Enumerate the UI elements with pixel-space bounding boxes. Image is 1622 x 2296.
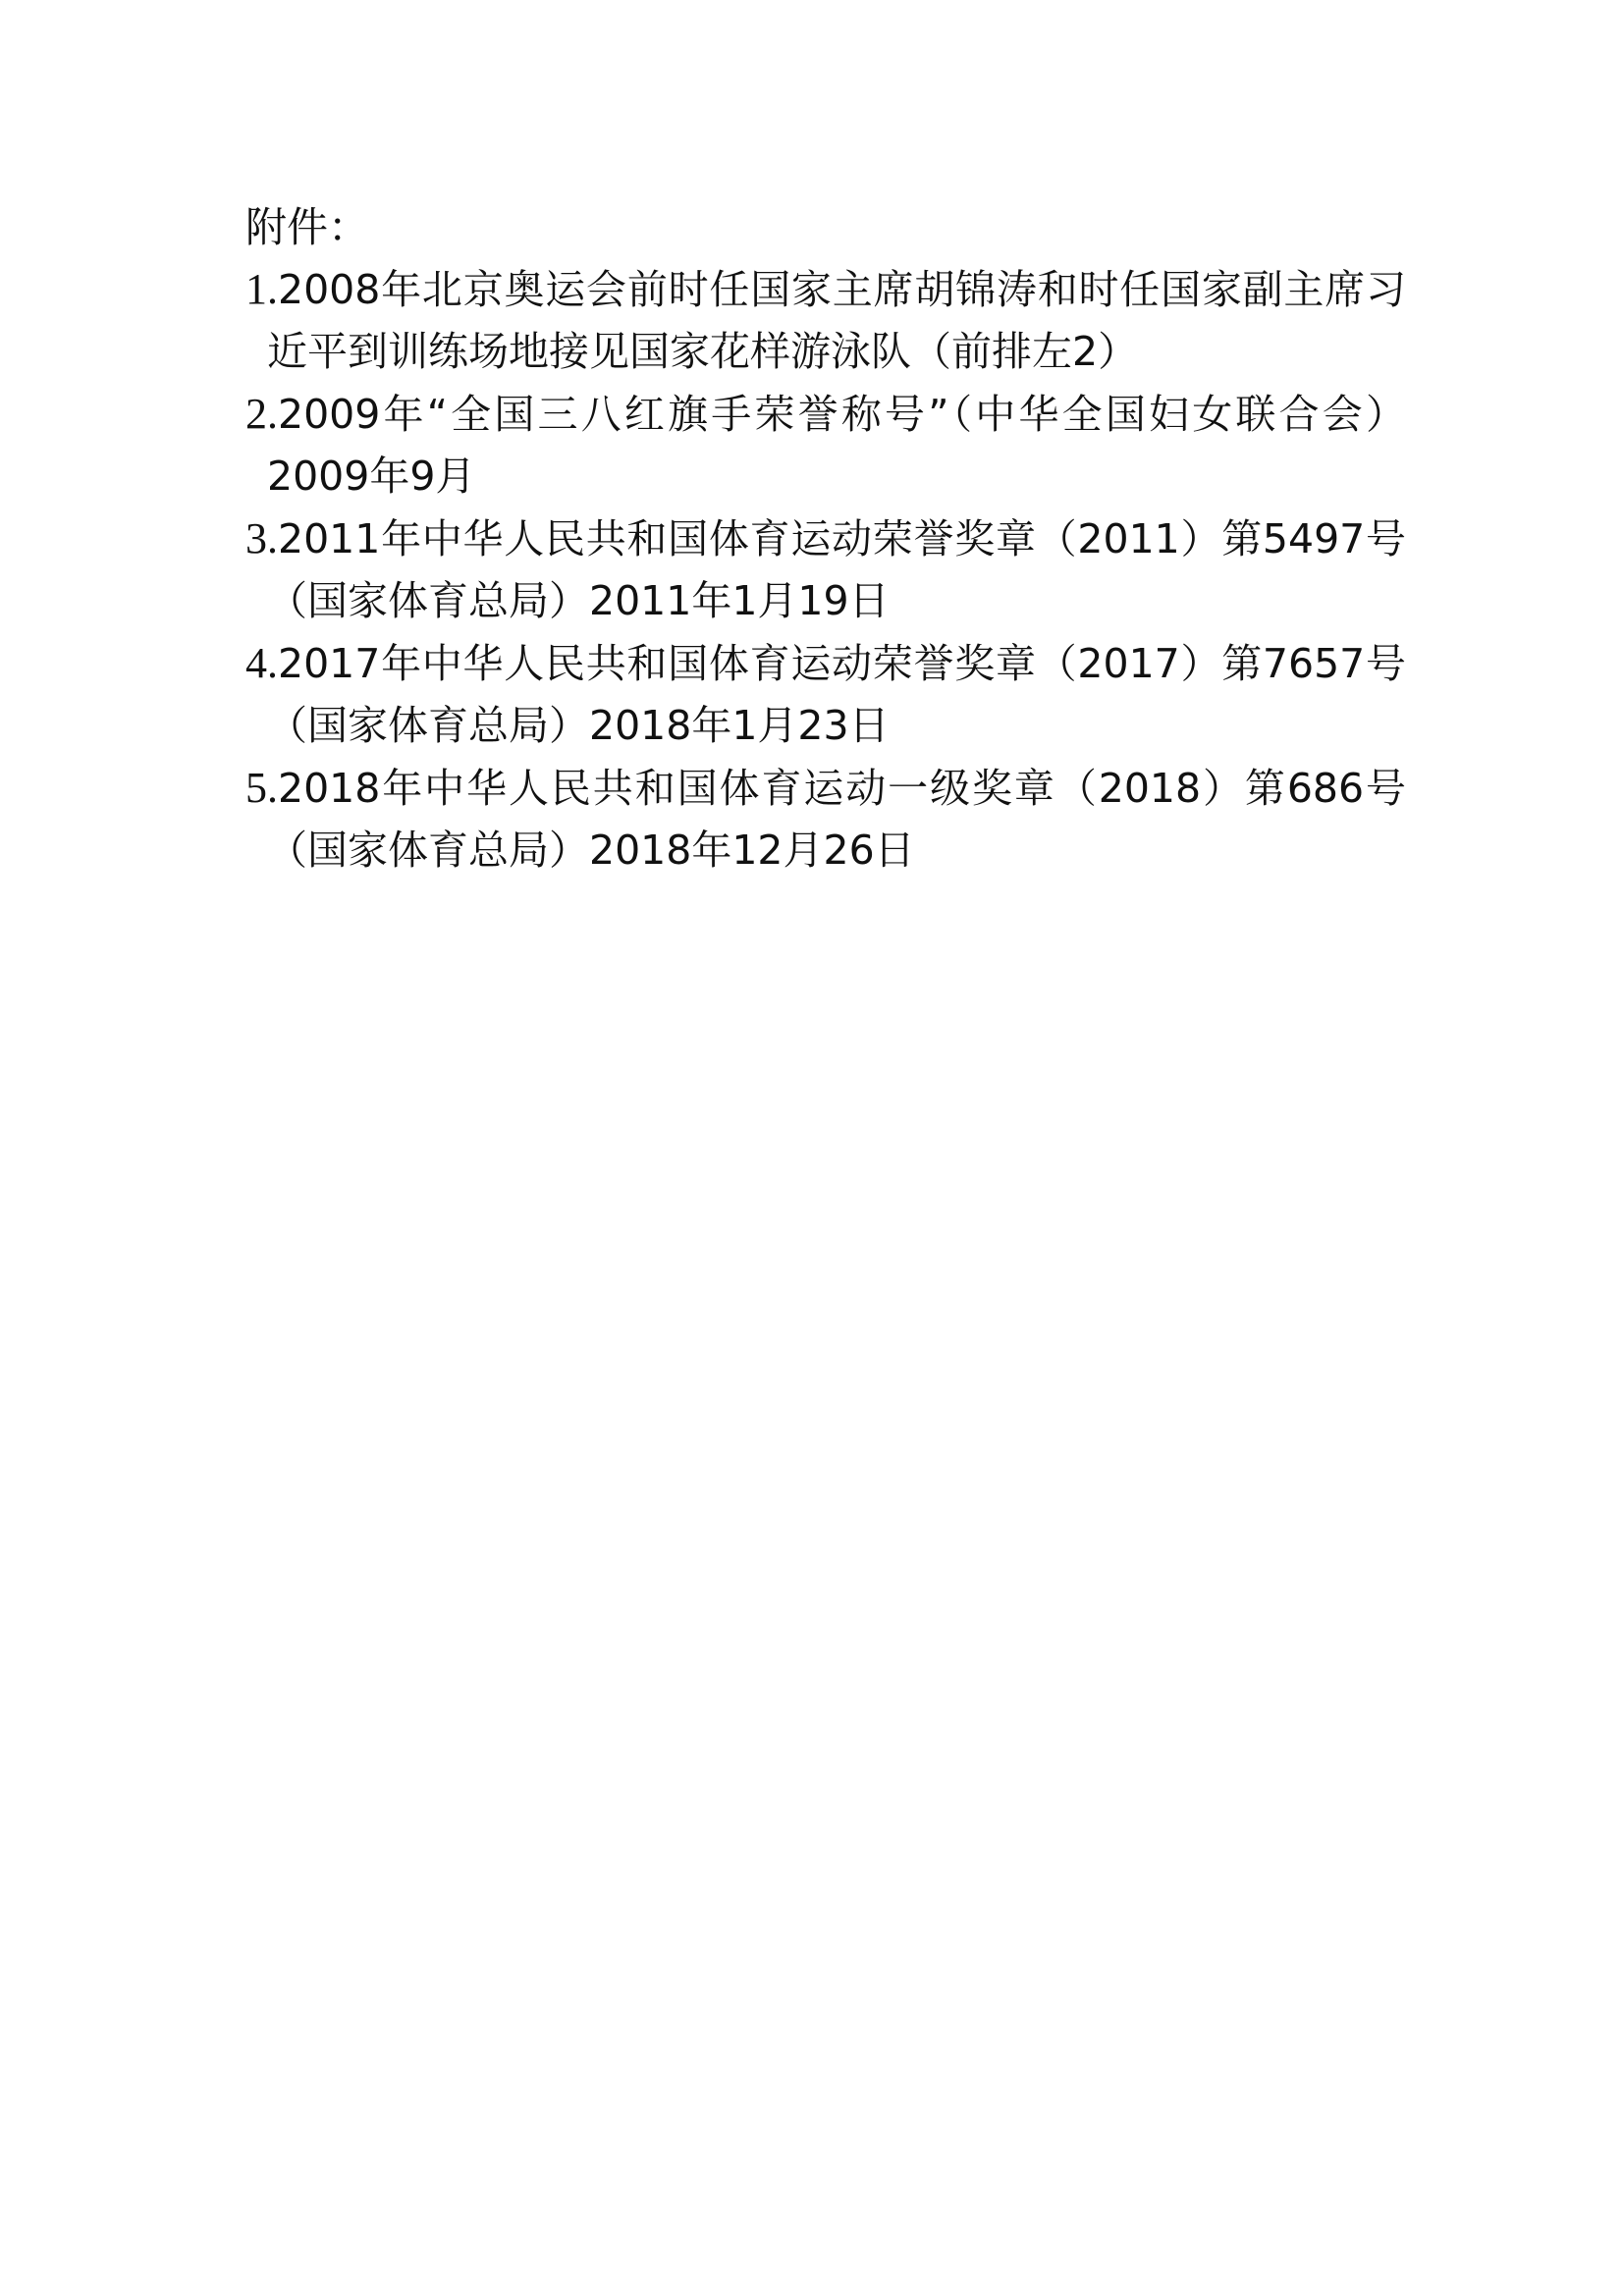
attachment-entry-1: 1.2008年北京奥运会前时任国家主席胡锦涛和时任国家副主席习近平到训练场地接见… bbox=[245, 258, 1406, 383]
entry-text: 2009年“全国三八红旗手荣誉称号”（中华全国妇女联合会）2009年9月 bbox=[267, 391, 1406, 500]
entry-text: 2018年中华人民共和国体育运动一级奖章（2018）第686号（国家体育总局）2… bbox=[267, 765, 1406, 874]
entry-text: 2017年中华人民共和国体育运动荣誉奖章（2017）第7657号（国家体育总局）… bbox=[267, 640, 1406, 749]
attachment-entry-5: 5.2018年中华人民共和国体育运动一级奖章（2018）第686号（国家体育总局… bbox=[245, 757, 1406, 881]
entry-number: 3. bbox=[245, 514, 278, 562]
entry-number: 4. bbox=[245, 639, 278, 687]
entry-number: 2. bbox=[245, 390, 278, 438]
attachments-heading: 附件： bbox=[245, 196, 1394, 258]
entry-number: 5. bbox=[245, 764, 278, 812]
attachment-entry-3: 3.2011年中华人民共和国体育运动荣誉奖章（2011）第5497号（国家体育总… bbox=[245, 507, 1406, 632]
entry-text: 2011年中华人民共和国体育运动荣誉奖章（2011）第5497号（国家体育总局）… bbox=[267, 515, 1406, 624]
document-page: 附件： 1.2008年北京奥运会前时任国家主席胡锦涛和时任国家副主席习近平到训练… bbox=[245, 196, 1394, 881]
attachment-entry-4: 4.2017年中华人民共和国体育运动荣誉奖章（2017）第7657号（国家体育总… bbox=[245, 632, 1406, 757]
entry-number: 1. bbox=[245, 265, 278, 313]
attachment-entry-2: 2.2009年“全国三八红旗手荣誉称号”（中华全国妇女联合会）2009年9月 bbox=[245, 383, 1406, 507]
entry-text: 2008年北京奥运会前时任国家主席胡锦涛和时任国家副主席习近平到训练场地接见国家… bbox=[267, 266, 1406, 375]
